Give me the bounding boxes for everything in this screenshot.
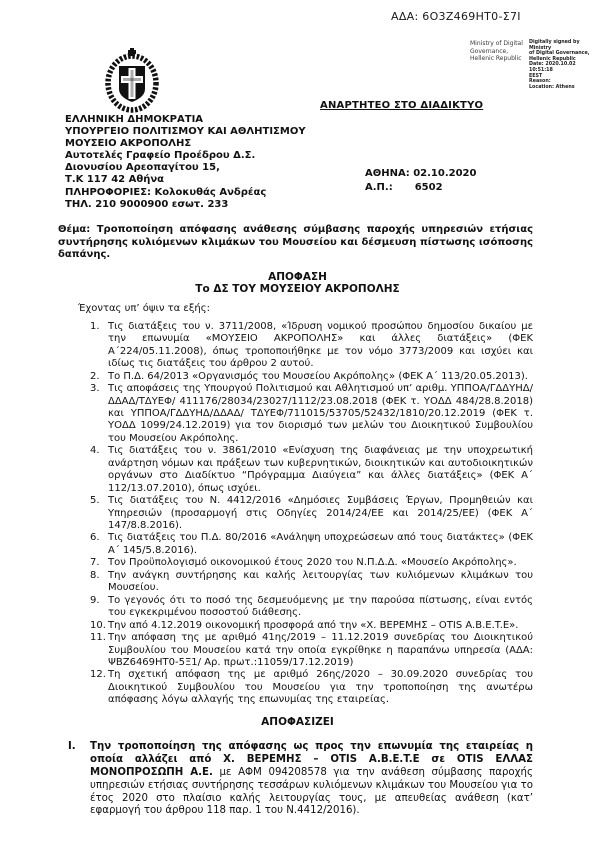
- signature-details-line: of Digital Governance,: [529, 51, 591, 57]
- document-page: ΑΔΑ: 6Ο3Ζ469ΗΤ0-Σ7Ι Ministry of Digital …: [0, 0, 595, 842]
- org-line-republic: ΕΛΛΗΝΙΚΗ ΔΗΜΟΚΡΑΤΙΑ: [65, 114, 375, 126]
- org-line-phone: ΤΗΛ. 210 9000900 εσωτ. 233: [65, 199, 375, 211]
- consideration-item: Τη σχετική απόφαση της με αριθμό 26ης/20…: [90, 669, 533, 706]
- considerations-list: Τις διατάξεις του ν. 3711/2008, «Ίδρυση …: [90, 321, 533, 707]
- protocol-line: Α.Π.:6502: [365, 182, 443, 193]
- signature-details: Digitally signed by Ministry of Digital …: [529, 40, 591, 90]
- org-header: ΕΛΛΗΝΙΚΗ ΔΗΜΟΚΡΑΤΙΑ ΥΠΟΥΡΓΕΙΟ ΠΟΛΙΤΙΣΜΟΥ…: [65, 114, 375, 211]
- consideration-item: Τις διατάξεις του Π.Δ. 80/2016 «Ανάληψη …: [90, 532, 533, 557]
- city-date: ΑΘΗΝΑ: 02.10.2020: [365, 168, 476, 179]
- org-line-contact: ΠΛΗΡΟΦΟΡΙΕΣ: Κολοκυθάς Ανδρέας: [65, 187, 375, 199]
- ministry-label-line: Ministry of Digital: [470, 40, 526, 48]
- document-body: Θέμα: Τροποποίηση απόφασης ανάθεσης σύμβ…: [0, 224, 595, 818]
- protocol-number: 6502: [415, 182, 443, 193]
- org-line-postcode: Τ.Κ 117 42 Αθήνα: [65, 174, 375, 186]
- consideration-item: Το γεγονός ότι το ποσό της δεσμευόμενης …: [90, 595, 533, 620]
- org-line-office: Αυτοτελές Γραφείο Προέδρου Δ.Σ.: [65, 150, 375, 162]
- decides-heading: ΑΠΟΦΑΣΙΖΕΙ: [0, 716, 595, 729]
- protocol-label: Α.Π.:: [365, 182, 393, 193]
- ada-code: ΑΔΑ: 6Ο3Ζ469ΗΤ0-Σ7Ι: [391, 10, 521, 23]
- consideration-item: Το Π.Δ. 64/2013 «Οργανισμός του Μουσείου…: [90, 371, 533, 383]
- signature-details-line: Digitally signed by Ministry: [529, 40, 591, 51]
- signature-details-line: Location: Athens: [529, 85, 591, 91]
- preamble-text: Έχοντας υπ’ όψιν τα εξής:: [78, 303, 595, 314]
- consideration-item: Τον Προϋπολογισμό οικονομικού έτους 2020…: [90, 557, 533, 569]
- org-line-address: Διονυσίου Αρεοπαγίτου 15,: [65, 162, 375, 174]
- consideration-item: Την από 4.12.2019 οικονομική προσφορά απ…: [90, 620, 533, 632]
- consideration-item: Τις αποφάσεις της Υπουργού Πολιτισμού κα…: [90, 383, 533, 445]
- decision-numeral: I.: [68, 741, 90, 752]
- ministry-label-line: Hellenic Republic: [470, 55, 526, 63]
- decision-item: I. Την τροποποίηση της απόφασης ως προς …: [68, 741, 533, 818]
- decision-title: ΑΠΟΦΑΣΗ: [0, 271, 595, 284]
- subject-paragraph: Θέμα: Τροποποίηση απόφασης ανάθεσης σύμβ…: [58, 224, 533, 262]
- ministry-label-line: Governance,: [470, 48, 526, 56]
- consideration-item: Τις διατάξεις του ν. 3711/2008, «Ίδρυση …: [90, 321, 533, 371]
- consideration-item: Την ανάγκη συντήρησης και καλής λειτουργ…: [90, 570, 533, 595]
- consideration-item: Την απόφαση της με αριθμό 41ης/2019 – 11…: [90, 632, 533, 669]
- consideration-item: Τις διατάξεις του Ν. 4412/2016 «Δημόσιες…: [90, 495, 533, 532]
- signature-details-line: Date: 2020.10.02 10:51:18: [529, 62, 591, 73]
- decision-text: Την τροποποίηση της απόφασης ως προς την…: [90, 741, 533, 818]
- anartiteo-label: ΑΝΑΡΤΗΤΕΟ ΣΤΟ ΔΙΑΔΙΚΤΥΟ: [320, 100, 483, 111]
- org-line-ministry: ΥΠΟΥΡΓΕΙΟ ΠΟΛΙΤΙΣΜΟΥ ΚΑΙ ΑΘΛΗΤΙΣΜΟΥ: [65, 126, 375, 138]
- ministry-label: Ministry of Digital Governance, Hellenic…: [470, 40, 526, 90]
- digital-signature-stamp: Ministry of Digital Governance, Hellenic…: [470, 40, 592, 90]
- greek-coat-of-arms-icon: [101, 45, 163, 115]
- org-line-museum: ΜΟΥΣΕΙΟ ΑΚΡΟΠΟΛΗΣ: [65, 138, 375, 150]
- decision-subtitle: Το ΔΣ ΤΟΥ ΜΟΥΣΕΙΟΥ ΑΚΡΟΠΟΛΗΣ: [0, 283, 595, 296]
- consideration-item: Τις διατάξεις του ν. 3861/2010 «Ενίσχυση…: [90, 445, 533, 495]
